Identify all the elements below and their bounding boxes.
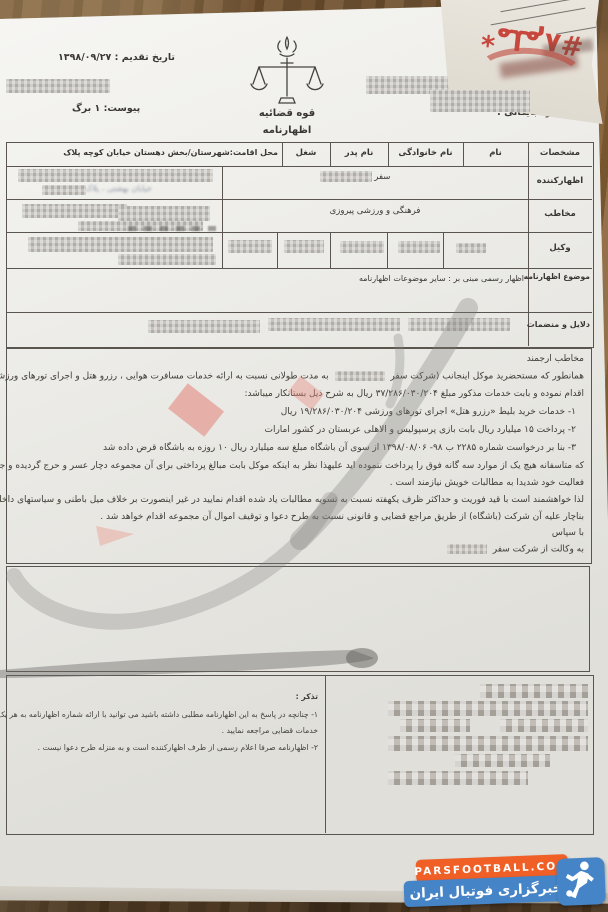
- table-border: [6, 199, 592, 200]
- table-border: [6, 312, 592, 313]
- col-header-father: نام پدر: [332, 148, 386, 158]
- redacted-mosaic: [388, 736, 588, 751]
- table-border: [387, 232, 388, 268]
- redacted-block: [118, 254, 216, 265]
- redacted-block: [28, 237, 213, 252]
- redacted-mosaic: [388, 701, 588, 716]
- table-border: [528, 142, 529, 346]
- row-label-subject: موضوع اظهارنامه: [530, 272, 590, 281]
- table-border: [330, 232, 331, 268]
- note-1-line-2: خدمات قضایی مراجعه نمایید .: [222, 726, 318, 735]
- letter-para3a: لذا خواهشمند است با قید فوریت و حداکثر ظ…: [0, 495, 584, 505]
- handwriting-line: [500, 0, 571, 12]
- letter-signoff: به وکالت از شرکت سفر: [444, 544, 584, 555]
- declarant-name-visible: سفر: [374, 172, 390, 182]
- notes-title: تذکر :: [296, 692, 318, 701]
- redacted-block: [228, 240, 272, 253]
- col-header-specs: مشخصات: [530, 148, 590, 158]
- redacted-block: [18, 169, 213, 182]
- letter-para2a: که متاسفانه هیچ یک از موارد سه گانه فوق …: [0, 461, 584, 471]
- table-border: [388, 142, 389, 166]
- redacted-mosaic: [455, 754, 550, 767]
- redacted-block: [42, 185, 86, 195]
- letter-para3b: بناچار علیه آن شرکت (باشگاه) از طریق مرا…: [100, 512, 584, 522]
- letter-item3: ۳- بنا بر درخواست شماره ۲۲۸۵ ب ۹۸- ۱۳۹۸/…: [103, 443, 576, 453]
- note-2: ۲- اظهارنامه صرفا اعلام رسمی از طرف اظها…: [38, 743, 318, 752]
- redacted-block: [430, 90, 530, 112]
- attachment-count: پیوست: ۱ برگ: [72, 103, 140, 114]
- table-border: [6, 166, 592, 167]
- table-border: [277, 232, 278, 268]
- note-1-line-1: ۱- چنانچه در پاسخ به این اظهارنامه مطلبی…: [0, 710, 318, 719]
- redacted-mosaic: [400, 719, 470, 732]
- redacted-block: [398, 241, 440, 253]
- table-border: [222, 232, 223, 268]
- col-header-residence: محل اقامت:شهرستان/بخش دهستان خیابان کوچه…: [10, 148, 278, 157]
- redacted-mosaic: [480, 684, 588, 698]
- table-border: [222, 166, 223, 232]
- redacted-block: [6, 79, 110, 93]
- redacted-mosaic: [388, 771, 528, 785]
- addressee-name: فرهنگی و ورزشی پیروزی: [222, 206, 528, 216]
- form-title: اظهارنامه: [252, 125, 322, 136]
- signature-box-border: [6, 566, 590, 672]
- letter-item1: ۱- خدمات خرید بلیط «رزرو هتل» اجرای توره…: [281, 407, 576, 417]
- redacted-block: [408, 318, 510, 331]
- row-label-addressee: مخاطب: [530, 209, 590, 219]
- letter-signoff-text: به وکالت از شرکت سفر: [493, 545, 584, 555]
- row-label-attorney: وکیل: [530, 243, 590, 253]
- table-border: [282, 142, 283, 166]
- redacted-block: [284, 240, 324, 253]
- redacted-block: [456, 243, 486, 253]
- table-border: [6, 268, 592, 269]
- redacted-inline: [320, 171, 372, 182]
- agency-name-text: خبرگزاری فوتبال ایران: [409, 880, 562, 902]
- col-header-name: نام: [465, 148, 526, 158]
- document-paper: تاریخ تقدیم : ۱۳۹۸/۰۹/۲۷ پیوست: ۱ برگ قو…: [0, 0, 608, 912]
- footballer-icon: [556, 857, 606, 906]
- table-border: [330, 142, 331, 166]
- redacted-block: [340, 241, 384, 253]
- letter-line1-left: به مدت طولانی نسبت به ارائه خدمات مسافرت…: [0, 372, 329, 382]
- redacted-mosaic: [500, 719, 588, 732]
- col-header-job: شغل: [284, 148, 328, 158]
- redacted-block: [268, 318, 400, 331]
- faint-dashes: [128, 226, 220, 231]
- subject-value: اظهار رسمی مبنی بر : سایر موضوعات اظهارن…: [250, 274, 524, 283]
- declarant-address-blurred-text: خیابان بهشتی ، پلاک: [85, 184, 152, 193]
- letter-line2: اقدام نموده و بابت خدمات مذکور مبلغ ۳۷/۲…: [244, 389, 584, 399]
- photo-of-legal-document: { "header": { "date": "تاریخ تقدیم : ۱۳۹…: [0, 0, 608, 912]
- col-header-family: نام خانوادگی: [390, 148, 461, 158]
- redacted-inline: [447, 544, 487, 554]
- row-label-evidence: دلایل و منضمات: [530, 320, 590, 329]
- judiciary-title: قوه قضائیه: [252, 108, 322, 119]
- parsfootball-logo-square: [556, 857, 606, 906]
- table-border: [463, 142, 464, 166]
- redacted-block: [22, 204, 127, 218]
- letter-thanks: با سپاس: [552, 528, 584, 538]
- declarant-name: سفر: [295, 171, 415, 182]
- judiciary-emblem-icon: [250, 34, 324, 110]
- redacted-block: [148, 320, 260, 333]
- table-border: [6, 232, 592, 233]
- letter-line1: همانطور که مستحضرید موکل اینجانب (شرکت س…: [0, 371, 584, 382]
- submission-date: تاریخ تقدیم : ۱۳۹۸/۰۹/۲۷: [58, 52, 175, 63]
- redacted-block: [118, 206, 210, 221]
- redacted-inline: [335, 371, 385, 381]
- table-border: [325, 675, 326, 833]
- table-border: [443, 232, 444, 268]
- row-label-declarant: اظهارکننده: [530, 176, 590, 186]
- letter-line1-right: همانطور که مستحضرید موکل اینجانب (شرکت س…: [390, 372, 584, 382]
- letter-item2: ۲- پرداخت ۱۵ میلیارد ریال بابت بازی پرسپ…: [264, 425, 576, 435]
- letter-para2b: فعالیت خود شدیدا به مطالبات خویش نیازمند…: [390, 478, 584, 488]
- letter-salutation: مخاطب ارجمند: [527, 354, 584, 364]
